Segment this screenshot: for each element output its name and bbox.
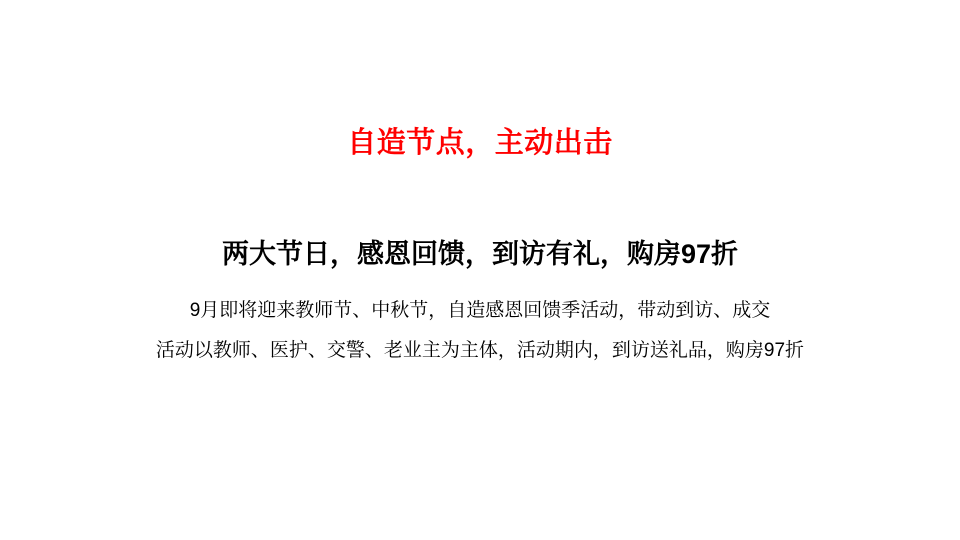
slide-title: 自造节点，主动出击 [0,128,960,160]
slide-body-line-2: 活动以教师、医护、交警、老业主为主体，活动期内，到访送礼品，购房97折 [0,341,960,362]
slide-body-line-1: 9月即将迎来教师节、中秋节，自造感恩回馈季活动，带动到访、成交 [0,301,960,322]
slide-canvas: 自造节点，主动出击 两大节日，感恩回馈，到访有礼，购房97折 9月即将迎来教师节… [0,0,960,540]
slide-subtitle: 两大节日，感恩回馈，到访有礼，购房97折 [0,240,960,270]
